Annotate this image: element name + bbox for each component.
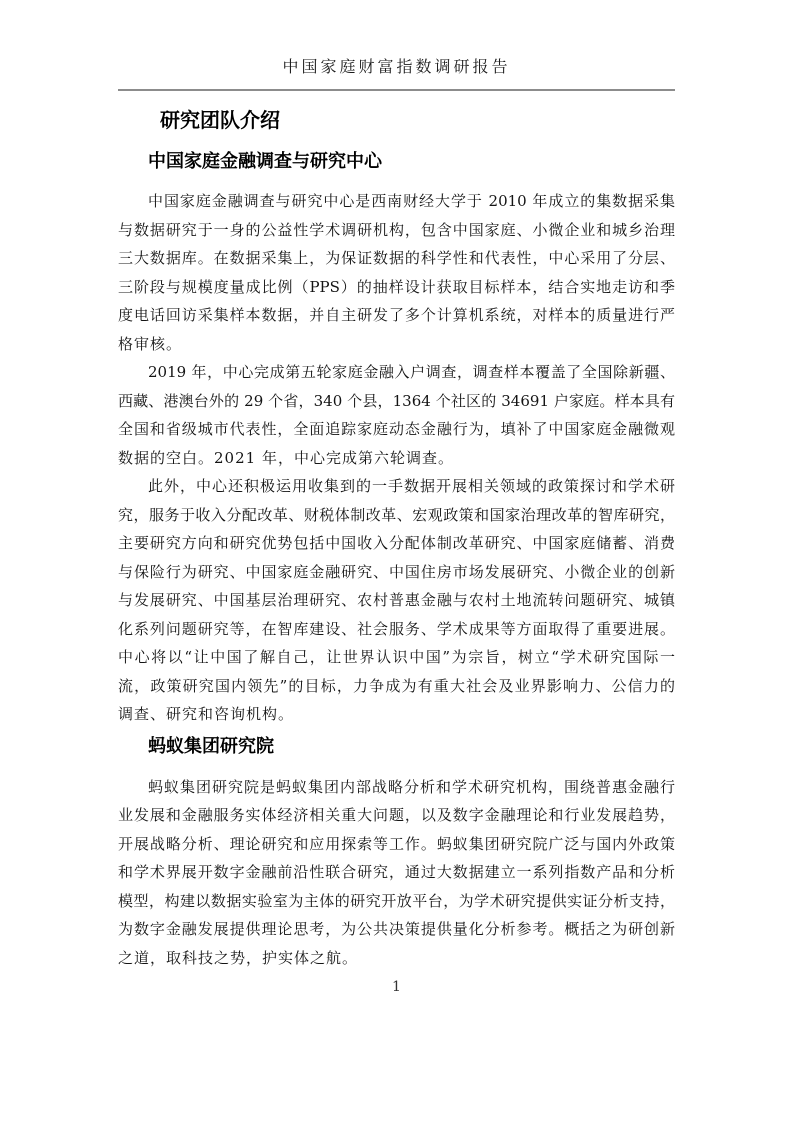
page-number: 1 [0, 979, 793, 995]
section-heading: 蚂蚁集团研究院 [148, 735, 675, 759]
running-header-title: 中国家庭财富指数调研报告 [118, 56, 675, 77]
paragraph-line: 调查、研究和咨询机构。 [118, 700, 675, 729]
paragraph-line: 数据的空白。2021 年，中心完成第六轮调查。 [118, 444, 675, 473]
paragraph-line: 与发展研究、中国基层治理研究、农村普惠金融与农村土地流转问题研究、城镇 [118, 586, 675, 615]
paragraph-line: 格审核。 [118, 330, 675, 359]
paragraph-line: 业发展和金融服务实体经济相关重大问题，以及数字金融理论和行业发展趋势， [118, 801, 675, 830]
document-page: 中国家庭财富指数调研报告 研究团队介绍 中国家庭金融调查与研究中心中国家庭金融调… [0, 0, 793, 1122]
section-body: 中国家庭金融调查与研究中心是西南财经大学于 2010 年成立的集数据采集与数据研… [118, 187, 675, 729]
paragraph-line: 之道，取科技之势，护实体之航。 [118, 944, 675, 973]
paragraph-line: 模型，构建以数据实验室为主体的研究开放平台，为学术研究提供实证分析支持， [118, 887, 675, 916]
paragraph-line: 和学术界展开数字金融前沿性联合研究，通过大数据建立一系列指数产品和分析 [118, 858, 675, 887]
paragraph-line: 度电话回访采集样本数据，并自主研发了多个计算机系统，对样本的质量进行严 [118, 301, 675, 330]
paragraph-line: 流，政策研究国内领先”的目标，力争成为有重大社会及业界影响力、公信力的 [118, 672, 675, 701]
paragraph-line: 全国和省级城市代表性，全面追踪家庭动态金融行为，填补了中国家庭金融微观 [118, 415, 675, 444]
section-body: 蚂蚁集团研究院是蚂蚁集团内部战略分析和学术研究机构，围绕普惠金融行业发展和金融服… [118, 773, 675, 973]
paragraph-line: 与数据研究于一身的公益性学术调研机构，包含中国家庭、小微企业和城乡治理 [118, 216, 675, 245]
sections-container: 中国家庭金融调查与研究中心中国家庭金融调查与研究中心是西南财经大学于 2010 … [118, 150, 675, 972]
paragraph: 蚂蚁集团研究院是蚂蚁集团内部战略分析和学术研究机构，围绕普惠金融行业发展和金融服… [118, 773, 675, 973]
page-title: 研究团队介绍 [160, 108, 675, 132]
paragraph-line: 开展战略分析、理论研究和应用探索等工作。蚂蚁集团研究院广泛与国内外政策 [118, 830, 675, 859]
section-heading: 中国家庭金融调查与研究中心 [148, 150, 675, 174]
paragraph-line: 与保险行为研究、中国家庭金融研究、中国住房市场发展研究、小微企业的创新 [118, 558, 675, 587]
paragraph-line: 中国家庭金融调查与研究中心是西南财经大学于 2010 年成立的集数据采集 [118, 187, 675, 216]
paragraph-line: 此外，中心还积极运用收集到的一手数据开展相关领域的政策探讨和学术研 [118, 472, 675, 501]
header-rule [118, 89, 675, 91]
paragraph-line: 中心将以“让中国了解自己，让世界认识中国”为宗旨，树立“学术研究国际一 [118, 643, 675, 672]
paragraph-line: 蚂蚁集团研究院是蚂蚁集团内部战略分析和学术研究机构，围绕普惠金融行 [118, 773, 675, 802]
paragraph-line: 三阶段与规模度量成比例（PPS）的抽样设计获取目标样本，结合实地走访和季 [118, 273, 675, 302]
paragraph-line: 三大数据库。在数据采集上，为保证数据的科学性和代表性，中心采用了分层、 [118, 244, 675, 273]
paragraph-line: 2019 年，中心完成第五轮家庭金融入户调查，调查样本覆盖了全国除新疆、 [118, 358, 675, 387]
paragraph-line: 主要研究方向和研究优势包括中国收入分配体制改革研究、中国家庭储蓄、消费 [118, 529, 675, 558]
paragraph-line: 究，服务于收入分配改革、财税体制改革、宏观政策和国家治理改革的智库研究， [118, 501, 675, 530]
paragraph: 2019 年，中心完成第五轮家庭金融入户调查，调查样本覆盖了全国除新疆、西藏、港… [118, 358, 675, 472]
paragraph-line: 化系列问题研究等，在智库建设、社会服务、学术成果等方面取得了重要进展。 [118, 615, 675, 644]
paragraph-line: 为数字金融发展提供理论思考，为公共决策提供量化分析参考。概括之为研创新 [118, 915, 675, 944]
paragraph-line: 西藏、港澳台外的 29 个省，340 个县，1364 个社区的 34691 户家… [118, 387, 675, 416]
paragraph: 此外，中心还积极运用收集到的一手数据开展相关领域的政策探讨和学术研究，服务于收入… [118, 472, 675, 729]
paragraph: 中国家庭金融调查与研究中心是西南财经大学于 2010 年成立的集数据采集与数据研… [118, 187, 675, 358]
